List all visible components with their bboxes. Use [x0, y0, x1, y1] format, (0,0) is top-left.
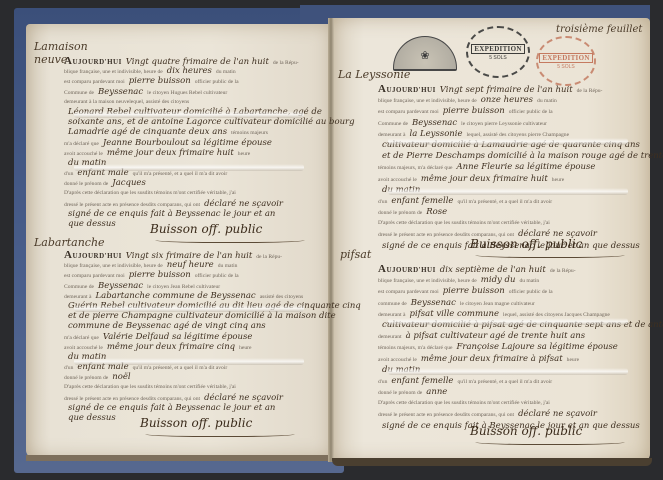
entry-line: D'après cette déclaration que les susdit…: [64, 382, 365, 392]
handwritten-text: dix septième de l'an huit: [440, 265, 546, 275]
printed-text: demeurant à: [64, 294, 92, 300]
registry-entry: AUJOURD'HUIVingt quatre frimaire de l'an…: [64, 56, 359, 229]
handwritten-text: commune de Beyssenac agé de vingt cinq a…: [68, 321, 266, 331]
printed-text: officier public de la: [195, 273, 239, 279]
handwritten-text: déclaré ne sçavoir: [204, 393, 283, 403]
handwritten-text: pierre buisson: [443, 106, 505, 116]
printed-text: demeurant: [378, 334, 402, 340]
handwritten-text: Beyssenac: [98, 281, 143, 291]
handwritten-text: que dessus: [68, 219, 116, 229]
printed-text: le citoyen pierre Leyssonie cultivateur: [461, 121, 547, 127]
printed-text: D'après cette déclaration que les susdit…: [378, 400, 550, 406]
entry-line: est comparu pardevant moipierre buissono…: [64, 76, 359, 86]
entry-line: demeurant àLabartanche commune de Beysse…: [64, 291, 365, 301]
entry-line: témoins majeurs, m'a déclaré queAnne Fle…: [378, 162, 663, 173]
expedition-stamp-red: EXPEDITION 5 SOLS: [536, 36, 596, 86]
signature-flourish: [145, 430, 295, 437]
paper-crease: [388, 318, 628, 325]
printed-text: le citoyen Jean Rebel cultivateur: [147, 284, 220, 290]
entry-line: blique française, une et indivisible, he…: [64, 260, 365, 270]
printed-text: dressé le présent acte en présence desdi…: [378, 412, 514, 418]
printed-text: m'a déclaré que: [64, 335, 99, 341]
entry-line: est comparu pardevant moipierre buissono…: [64, 270, 365, 280]
printed-text: d'un: [378, 379, 387, 385]
sheet-note: troisième feuillet: [556, 24, 642, 35]
entry-line: soixante ans, et de antoine Lagorce cult…: [64, 117, 359, 127]
entry-margin-place: Labartanche: [34, 236, 105, 249]
entry-line: et de Pierre Deschamps domicilié à la ma…: [378, 151, 663, 162]
signature-flourish: [475, 438, 625, 445]
entry-line: est comparu pardevant moipierre buissono…: [378, 286, 663, 297]
handwritten-text: onze heures: [481, 95, 533, 105]
entry-line: commune deBeyssenacle citoyen Jean magne…: [378, 298, 663, 309]
entry-line: dressé le présent acte en présence desdi…: [378, 409, 663, 420]
entry-line: Commune deBeyssenacle citoyen Hugues Reb…: [64, 87, 359, 97]
paper-crease: [388, 368, 628, 375]
printed-text: de la Répu-: [256, 254, 282, 260]
entry-line: AUJOURD'HUIVingt sept frimaire de l'an h…: [378, 84, 663, 95]
printed-text: qu'il m'a présenté, et a quel il m'a dit…: [457, 379, 552, 385]
handwritten-text: dix heures: [167, 66, 212, 76]
printed-text: du matin: [216, 69, 236, 75]
printed-text: D'après cette déclaration que les susdit…: [378, 220, 550, 226]
entry-line: donné le prénom deJacques: [64, 178, 359, 188]
handwritten-text: Jacques: [112, 178, 146, 188]
entry-line: avoit accouché lemême jour deux frimaire…: [378, 354, 663, 365]
printed-text: est comparu pardevant moi: [378, 109, 439, 115]
handwritten-text: signé de ce enquis fait à Beyssenac le j…: [68, 209, 275, 219]
handwritten-text: même jour deux frimaire huit: [421, 174, 548, 184]
handwritten-text: midy du: [481, 275, 516, 285]
margin-place-line: La Leyssonie: [338, 68, 410, 81]
handwritten-text: Anne Fleurie sa légitime épouse: [456, 162, 595, 172]
printed-text: qu'il m'a présenté, et a quel il m'a dit…: [457, 199, 552, 205]
entry-line: d'unenfant femellequ'il m'a présenté, et…: [378, 376, 663, 387]
printed-text: Commune de: [64, 90, 94, 96]
printed-text: lequel, assisté des citoyens pierre Cham…: [467, 132, 570, 138]
printed-text: qu'il m'a présenté, et a quel il m'a dit…: [133, 171, 228, 177]
printed-text: donné le prénom de: [64, 181, 108, 187]
paper-crease: [74, 111, 304, 118]
paper-crease: [74, 164, 304, 171]
printed-text: de la Répu-: [550, 268, 576, 274]
printed-text: dressé le présent acte en présence desdi…: [64, 396, 200, 402]
handwritten-text: neuf heure: [167, 260, 214, 270]
printed-text: avoit accouché le: [64, 345, 103, 351]
entry-line: donné le prénom deanne: [378, 387, 663, 398]
handwritten-text: même jour deux frimaire cinq: [107, 342, 235, 352]
printed-text: le citoyen Jean magne cultivateur: [460, 301, 535, 307]
printed-text: blique française, une et indivisible, he…: [378, 98, 477, 104]
handwritten-text: et de Pierre Deschamps domicilié à la ma…: [382, 151, 663, 161]
printed-text: d'un: [64, 365, 73, 371]
entry-line: blique française, une et indivisible, he…: [378, 95, 663, 106]
printed-text: est comparu pardevant moi: [378, 289, 439, 295]
signature-flourish: [155, 236, 305, 243]
printed-text: commune de: [378, 301, 407, 307]
handwritten-text: Labartanche commune de Beyssenac: [96, 291, 256, 301]
handwritten-text: Beyssenac: [98, 87, 143, 97]
printed-text: Commune de: [64, 284, 94, 290]
officer-signature: Buisson off. public: [150, 222, 262, 236]
entry-heading: AUJOURD'HUI: [378, 266, 436, 274]
registry-entry: AUJOURD'HUIVingt six frimaire de l'an hu…: [64, 250, 365, 423]
printed-text: qu'il m'a présenté, et a quel il m'a dit…: [133, 365, 228, 371]
printed-text: heure: [239, 345, 251, 351]
printed-text: du matin: [519, 278, 539, 284]
handwritten-text: Lamadrie agé de cinquante deux ans: [68, 127, 227, 137]
printed-text: officier public de la: [195, 79, 239, 85]
handwritten-text: enfant femelle: [391, 376, 453, 386]
printed-text: heure: [552, 177, 564, 183]
entry-line: Commune deBeyssenacle citoyen pierre Ley…: [378, 118, 663, 129]
margin-place-line: Lamaison: [34, 40, 88, 53]
handwritten-text: même jour deux frimaire huit: [107, 148, 234, 158]
entry-line: blique française, une et indivisible, he…: [378, 275, 663, 286]
handwritten-text: et de pierre Champagne cultivateur domic…: [68, 311, 336, 321]
handwritten-text: Valérie Delfaud sa légitime épouse: [103, 332, 253, 342]
entry-line: commune de Beyssenac agé de vingt cinq a…: [64, 321, 365, 331]
registry-entry: AUJOURD'HUIdix septième de l'an huitde l…: [378, 264, 663, 432]
printed-text: D'après cette déclaration que les susdit…: [64, 190, 236, 196]
printed-text: m'a déclaré que: [64, 141, 99, 147]
entry-line: avoit accouché lemême jour deux frimaire…: [64, 342, 365, 352]
printed-text: témoins majeurs, m'a déclaré que: [378, 165, 452, 171]
entry-line: et de pierre Champagne cultivateur domic…: [64, 311, 365, 321]
printed-text: demeurant à: [378, 312, 406, 318]
handwritten-text: pierre buisson: [443, 286, 505, 296]
printed-text: blique française, une et indivisible, he…: [378, 278, 477, 284]
entry-line: Commune deBeyssenacle citoyen Jean Rebel…: [64, 281, 365, 291]
printed-text: officier public de la: [509, 109, 553, 115]
handwritten-text: signé de ce enquis fait à Beyssenac le j…: [68, 403, 275, 413]
paper-crease: [388, 138, 628, 145]
entry-line: dressé le présent acte en présence desdi…: [64, 393, 365, 403]
entry-margin-place: La Leyssonie: [338, 68, 410, 81]
printed-text: lequel, assisté des citoyens: [129, 99, 189, 105]
entry-heading: AUJOURD'HUI: [64, 58, 122, 66]
handwritten-text: pierre buisson: [129, 76, 191, 86]
printed-text: témoins majeurs, m'a déclaré que: [378, 345, 452, 351]
handwritten-text: soixante ans, et de antoine Lagorce cult…: [68, 117, 355, 127]
entry-line: D'après cette déclaration que les susdit…: [378, 398, 663, 409]
entry-line: témoins majeurs, m'a déclaré queFrançois…: [378, 342, 663, 353]
printed-text: D'après cette déclaration que les susdit…: [64, 384, 236, 390]
signature-flourish: [475, 251, 625, 258]
handwritten-text: à pifsat cultivateur agé de trente huit …: [406, 331, 586, 341]
printed-text: de la Répu-: [577, 88, 603, 94]
handwritten-text: Rose: [426, 207, 447, 217]
paper-crease: [74, 305, 304, 312]
entry-line: blique française, une et indivisible, he…: [64, 66, 359, 76]
printed-text: Commune de: [378, 121, 408, 127]
printed-text: blique française, une et indivisible, he…: [64, 263, 163, 269]
entry-line: demeurant à la maison neuvelequel, assis…: [64, 97, 359, 107]
paper-crease: [388, 188, 628, 195]
entry-line: d'unenfant femellequ'il m'a présenté, et…: [378, 196, 663, 207]
printed-text: est comparu pardevant moi: [64, 79, 125, 85]
entry-line: D'après cette déclaration que les susdit…: [64, 188, 359, 198]
eagle-stamp-icon: ❀: [420, 49, 429, 62]
margin-place-line: Labartanche: [34, 236, 105, 249]
printed-text: de la Répu-: [273, 60, 299, 66]
entry-line: Lamadrie agé de cinquante deux anstémoin…: [64, 127, 359, 137]
entry-line: est comparu pardevant moipierre buissono…: [378, 106, 663, 117]
entry-line: D'après cette déclaration que les susdit…: [378, 218, 663, 229]
printed-text: donné le prénom de: [64, 375, 108, 381]
right-page-edge: [332, 458, 652, 466]
printed-text: heure: [238, 151, 250, 157]
officer-signature: Buisson off. public: [470, 237, 582, 251]
expedition-stamp-black: EXPEDITION 5 SOLS: [466, 26, 530, 78]
printed-text: d'un: [378, 199, 387, 205]
printed-text: avoit accouché le: [378, 177, 417, 183]
entry-line: avoit accouché lemême jour deux frimaire…: [64, 148, 359, 158]
paper-crease: [74, 358, 304, 365]
handwritten-text: noël: [112, 372, 130, 382]
printed-text: assisté des citoyens: [260, 294, 304, 300]
entry-line: donné le prénom deRose: [378, 207, 663, 218]
handwritten-text: que dessus: [68, 413, 116, 423]
printed-text: du matin: [218, 263, 238, 269]
entry-line: dressé le présent acte en présence desdi…: [64, 199, 359, 209]
left-page-edge: [26, 455, 332, 461]
handwritten-text: enfant femelle: [391, 196, 453, 206]
stamp-label: EXPEDITION: [539, 53, 592, 63]
stamp-sub: 5 SOLS: [557, 64, 575, 70]
entry-heading: AUJOURD'HUI: [64, 252, 122, 260]
handwritten-text: pierre buisson: [129, 270, 191, 280]
entry-line: AUJOURD'HUIdix septième de l'an huitde l…: [378, 264, 663, 275]
printed-text: avoit accouché le: [378, 357, 417, 363]
handwritten-text: même jour deux frimaire à pifsat: [421, 354, 563, 364]
printed-text: le citoyen Hugues Rebel cultivateur: [147, 90, 227, 96]
entry-line: demeurantà pifsat cultivateur agé de tre…: [378, 331, 663, 342]
handwritten-text: Françoise Lajoure sa légitime épouse: [456, 342, 617, 352]
stamp-label: EXPEDITION: [471, 44, 524, 54]
printed-text: demeurant à: [378, 132, 406, 138]
printed-text: avoit accouché le: [64, 151, 103, 157]
stamp-sub: 5 SOLS: [489, 55, 507, 61]
entry-margin-place: pifsat: [340, 248, 371, 261]
handwritten-text: Beyssenac: [411, 298, 456, 308]
officer-signature: Buisson off. public: [140, 416, 252, 430]
handwritten-text: déclaré ne sçavoir: [518, 409, 597, 419]
entry-line: AUJOURD'HUIVingt six frimaire de l'an hu…: [64, 250, 365, 260]
entry-line: signé de ce enquis fait à Beyssenac le j…: [64, 209, 359, 219]
printed-text: d'un: [64, 171, 73, 177]
printed-text: donné le prénom de: [378, 390, 422, 396]
printed-text: blique française, une et indivisible, he…: [64, 69, 163, 75]
handwritten-text: Beyssenac: [412, 118, 457, 128]
printed-text: témoins majeurs: [231, 130, 268, 136]
printed-text: lequel, assisté des citoyens Jacques Cha…: [503, 312, 610, 318]
margin-place-line: pifsat: [340, 248, 371, 261]
entry-line: m'a déclaré queValérie Delfaud sa légiti…: [64, 332, 365, 342]
entry-line: AUJOURD'HUIVingt quatre frimaire de l'an…: [64, 56, 359, 66]
officer-signature: Buisson off. public: [470, 424, 582, 438]
entry-line: avoit accouché lemême jour deux frimaire…: [378, 174, 663, 185]
printed-text: est comparu pardevant moi: [64, 273, 125, 279]
handwritten-text: déclaré ne sçavoir: [204, 199, 283, 209]
handwritten-text: Jeanne Bourboulout sa légitime épouse: [103, 138, 272, 148]
printed-text: du matin: [537, 98, 557, 104]
entry-line: signé de ce enquis fait à Beyssenac le j…: [64, 403, 365, 413]
printed-text: heure: [567, 357, 579, 363]
printed-text: donné le prénom de: [378, 210, 422, 216]
handwritten-text: anne: [426, 387, 447, 397]
entry-line: donné le prénom denoël: [64, 372, 365, 382]
handwritten-text: Vingt sept frimaire de l'an huit: [440, 85, 573, 95]
entry-line: m'a déclaré queJeanne Bourboulout sa lég…: [64, 138, 359, 148]
entry-heading: AUJOURD'HUI: [378, 86, 436, 94]
printed-text: dressé le présent acte en présence desdi…: [64, 202, 200, 208]
registry-entry: AUJOURD'HUIVingt sept frimaire de l'an h…: [378, 84, 663, 252]
printed-text: demeurant à la maison neuve: [64, 99, 129, 105]
printed-text: officier public de la: [509, 289, 553, 295]
